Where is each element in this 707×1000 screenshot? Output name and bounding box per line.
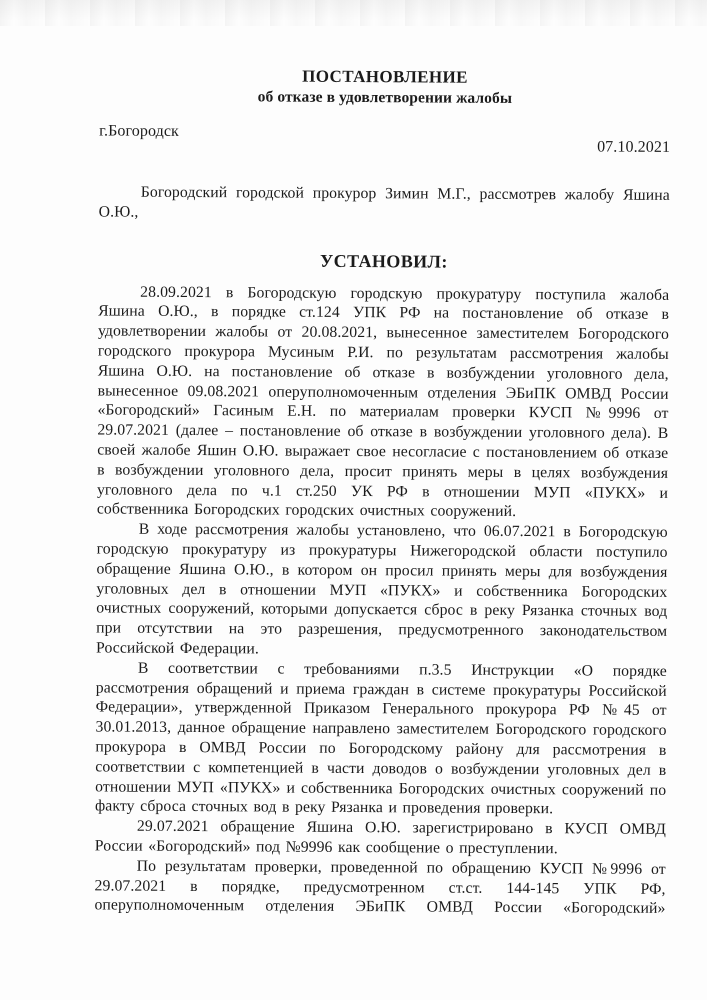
body-paragraph-5: По результатам проверки, проведенной по … xyxy=(94,856,665,919)
body-paragraph-3: В соответствии с требованиями п.3.5 Инст… xyxy=(95,658,667,820)
place-label: г.Богородск xyxy=(99,122,179,140)
document-content: ПОСТАНОВЛЕНИЕ об отказе в удовлетворении… xyxy=(0,0,707,919)
body-paragraph-2: В ходе рассмотрения жалобы установлено, … xyxy=(96,520,668,662)
body-block: 28.09.2021 в Богородскую городскую проку… xyxy=(94,282,669,919)
scanned-document-page: ПОСТАНОВЛЕНИЕ об отказе в удовлетворении… xyxy=(0,0,707,1000)
document-subtitle: об отказе в удовлетворении жалобы xyxy=(99,86,670,109)
body-paragraph-4: 29.07.2021 обращение Яшина О.Ю. зарегист… xyxy=(95,817,666,860)
body-paragraph-1: 28.09.2021 в Богородскую городскую проку… xyxy=(97,282,669,523)
date-label: 07.10.2021 xyxy=(597,138,670,156)
place-date-row: г.Богородск 07.10.2021 xyxy=(99,122,670,159)
title-block: ПОСТАНОВЛЕНИЕ об отказе в удовлетворении… xyxy=(99,64,670,109)
preamble-paragraph: Богородский городской прокурор Зимин М.Г… xyxy=(99,182,670,225)
resolution-heading: УСТАНОВИЛ: xyxy=(98,248,669,274)
